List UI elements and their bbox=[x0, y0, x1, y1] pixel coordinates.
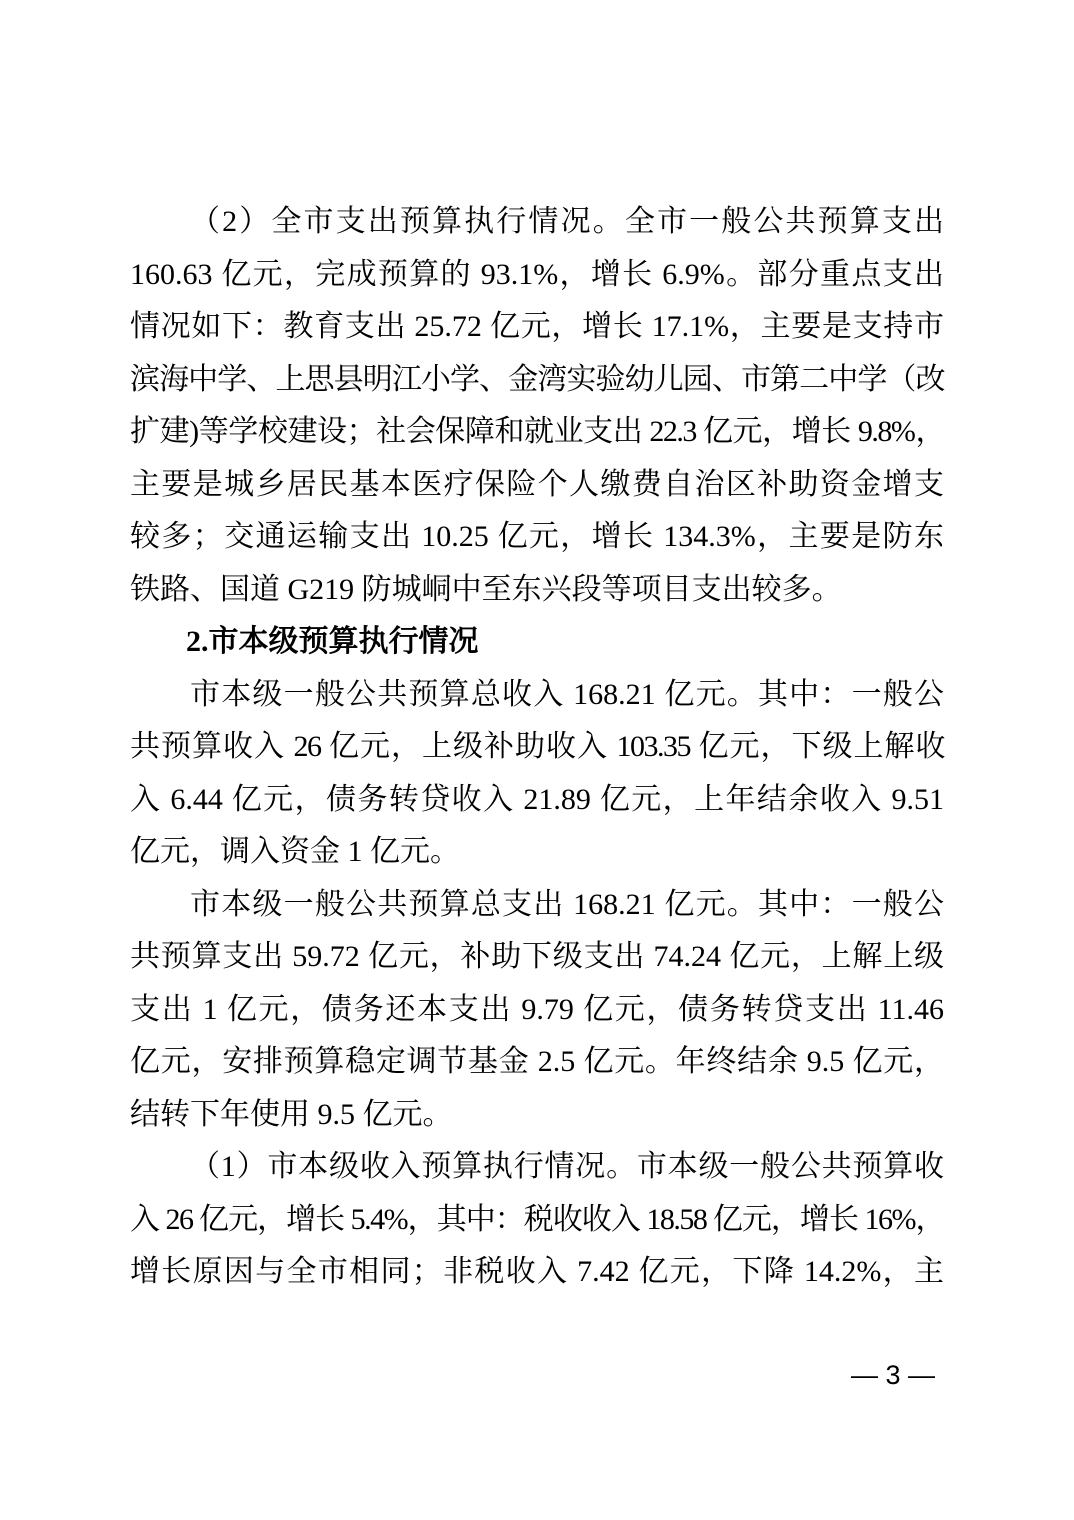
paragraph-municipal-total-expenditure: 市本级一般公共预算总支出 168.21 亿元。其中：一般公 共预算支出 59.7… bbox=[130, 879, 944, 1142]
text-line: 铁路、国道 G219 防城峒中至东兴段等项目支出较多。 bbox=[130, 564, 944, 617]
paragraph-municipal-revenue-execution: （1）市本级收入预算执行情况。市本级一般公共预算收 入 26 亿元，增长 5.4… bbox=[130, 1141, 944, 1299]
text-line: 情况如下：教育支出 25.72 亿元，增长 17.1%，主要是支持市 bbox=[130, 301, 944, 354]
text-line: 亿元，安排预算稳定调节基金 2.5 亿元。年终结余 9.5 亿元， bbox=[130, 1036, 944, 1089]
paragraph-municipal-total-revenue: 市本级一般公共预算总收入 168.21 亿元。其中：一般公 共预算收入 26 亿… bbox=[130, 669, 944, 879]
text-line: 增长原因与全市相同；非税收入 7.42 亿元，下降 14.2%，主 bbox=[130, 1246, 944, 1299]
text-line: 支出 1 亿元，债务还本支出 9.79 亿元，债务转贷支出 11.46 bbox=[130, 984, 944, 1037]
text-line: 扩建)等学校建设；社会保障和就业支出 22.3 亿元，增长 9.8%， bbox=[130, 406, 944, 459]
text-line: 主要是城乡居民基本医疗保险个人缴费自治区补助资金增支 bbox=[130, 459, 944, 512]
text-line: 较多；交通运输支出 10.25 亿元，增长 134.3%，主要是防东 bbox=[130, 511, 944, 564]
text-line: 市本级一般公共预算总收入 168.21 亿元。其中：一般公 bbox=[130, 669, 944, 722]
text-line: 亿元，调入资金 1 亿元。 bbox=[130, 826, 944, 879]
text-line: （1）市本级收入预算执行情况。市本级一般公共预算收 bbox=[130, 1141, 944, 1194]
text-line: 共预算支出 59.72 亿元，补助下级支出 74.24 亿元，上解上级 bbox=[130, 931, 944, 984]
text-line: 结转下年使用 9.5 亿元。 bbox=[130, 1089, 944, 1142]
text-line: 共预算收入 26 亿元，上级补助收入 103.35 亿元，下级上解收 bbox=[130, 721, 944, 774]
text-block: （2）全市支出预算执行情况。全市一般公共预算支出 160.63 亿元，完成预算的… bbox=[130, 196, 944, 1299]
page-number: — 3 — bbox=[851, 1358, 935, 1392]
text-line: （2）全市支出预算执行情况。全市一般公共预算支出 bbox=[130, 196, 944, 249]
text-line: 入 6.44 亿元，债务转贷收入 21.89 亿元，上年结余收入 9.51 bbox=[130, 774, 944, 827]
text-line: 160.63 亿元，完成预算的 93.1%，增长 6.9%。部分重点支出 bbox=[130, 249, 944, 302]
text-line: 滨海中学、上思县明江小学、金湾实验幼儿园、市第二中学（改 bbox=[130, 354, 944, 407]
paragraph-citywide-expenditure: （2）全市支出预算执行情况。全市一般公共预算支出 160.63 亿元，完成预算的… bbox=[130, 196, 944, 616]
text-line: 入 26 亿元，增长 5.4%，其中：税收收入 18.58 亿元，增长 16%， bbox=[130, 1194, 944, 1247]
text-line: 市本级一般公共预算总支出 168.21 亿元。其中：一般公 bbox=[130, 879, 944, 932]
document-page: （2）全市支出预算执行情况。全市一般公共预算支出 160.63 亿元，完成预算的… bbox=[0, 0, 1074, 1520]
section-heading: 2.市本级预算执行情况 bbox=[130, 616, 944, 669]
